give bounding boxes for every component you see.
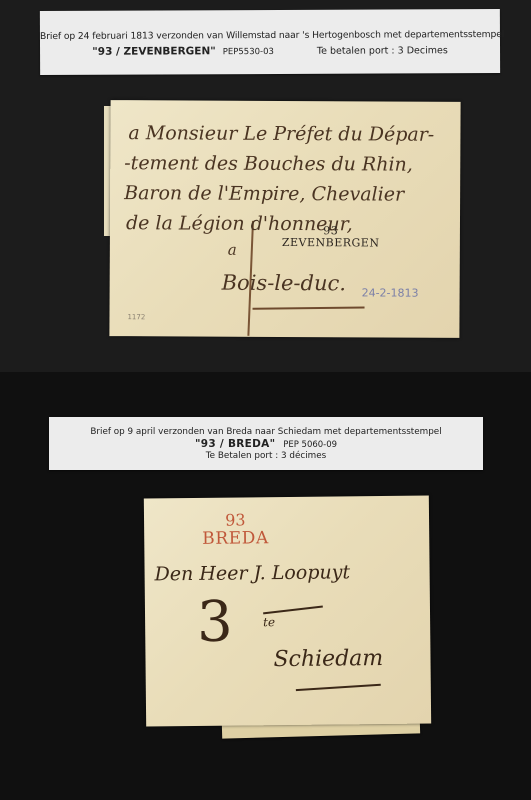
inventory-mark: 1172 bbox=[127, 313, 145, 321]
pencil-date: 24-2-1813 bbox=[362, 286, 419, 299]
address-line: te bbox=[263, 615, 275, 629]
address-line: a bbox=[228, 241, 237, 259]
exhibit-2-description: Brief op 9 april verzonden van Breda naa… bbox=[49, 427, 483, 437]
exhibit-2-label: Brief op 9 april verzonden van Breda naa… bbox=[49, 417, 483, 470]
exhibit-2-catalog-code: PEP 5060-09 bbox=[283, 440, 337, 450]
address-line: -tement des Bouches du Rhin, bbox=[124, 152, 413, 176]
exhibit-1-catalog-code: PEP5530-03 bbox=[223, 47, 274, 57]
exhibit-1-stamp-line: "93 / ZEVENBERGEN" PEP5530-03 Te betalen… bbox=[40, 44, 500, 58]
pen-flourish bbox=[263, 606, 323, 615]
exhibit-2-stamp-line: "93 / BREDA" PEP 5060-09 bbox=[49, 438, 483, 450]
exhibit-1-letter: a Monsieur Le Préfet du Dépar- -tement d… bbox=[109, 100, 460, 338]
postage-mark: 3 bbox=[197, 590, 233, 655]
exhibit-1-label: Brief op 24 februari 1813 verzonden van … bbox=[40, 9, 500, 75]
address-line: Schiedam bbox=[273, 646, 383, 672]
departement-stamp: 93 BREDA bbox=[202, 511, 269, 548]
address-line: Bois-le-duc. bbox=[222, 271, 346, 296]
address-line: Den Heer J. Loopuyt bbox=[154, 561, 350, 585]
exhibit-1-stamp-name: "93 / ZEVENBERGEN" bbox=[92, 45, 215, 58]
address-line: Baron de l'Empire, Chevalier bbox=[124, 182, 404, 205]
pen-underline bbox=[296, 684, 381, 691]
exhibit-1-description: Brief op 24 februari 1813 verzonden van … bbox=[40, 29, 500, 42]
pen-underline bbox=[253, 306, 365, 309]
departement-stamp: 93 ZEVENBERGEN bbox=[282, 225, 380, 250]
exhibit-2-postage: Te Betalen port : 3 décimes bbox=[49, 451, 483, 461]
exhibit-1-postage: Te betalen port : 3 Decimes bbox=[317, 45, 448, 57]
exhibit-2-stamp-name: "93 / BREDA" bbox=[195, 438, 275, 450]
address-line: a Monsieur Le Préfet du Dépar- bbox=[128, 122, 434, 146]
exhibit-2-letter: 93 BREDA Den Heer J. Loopuyt 3 te Schied… bbox=[144, 496, 431, 727]
